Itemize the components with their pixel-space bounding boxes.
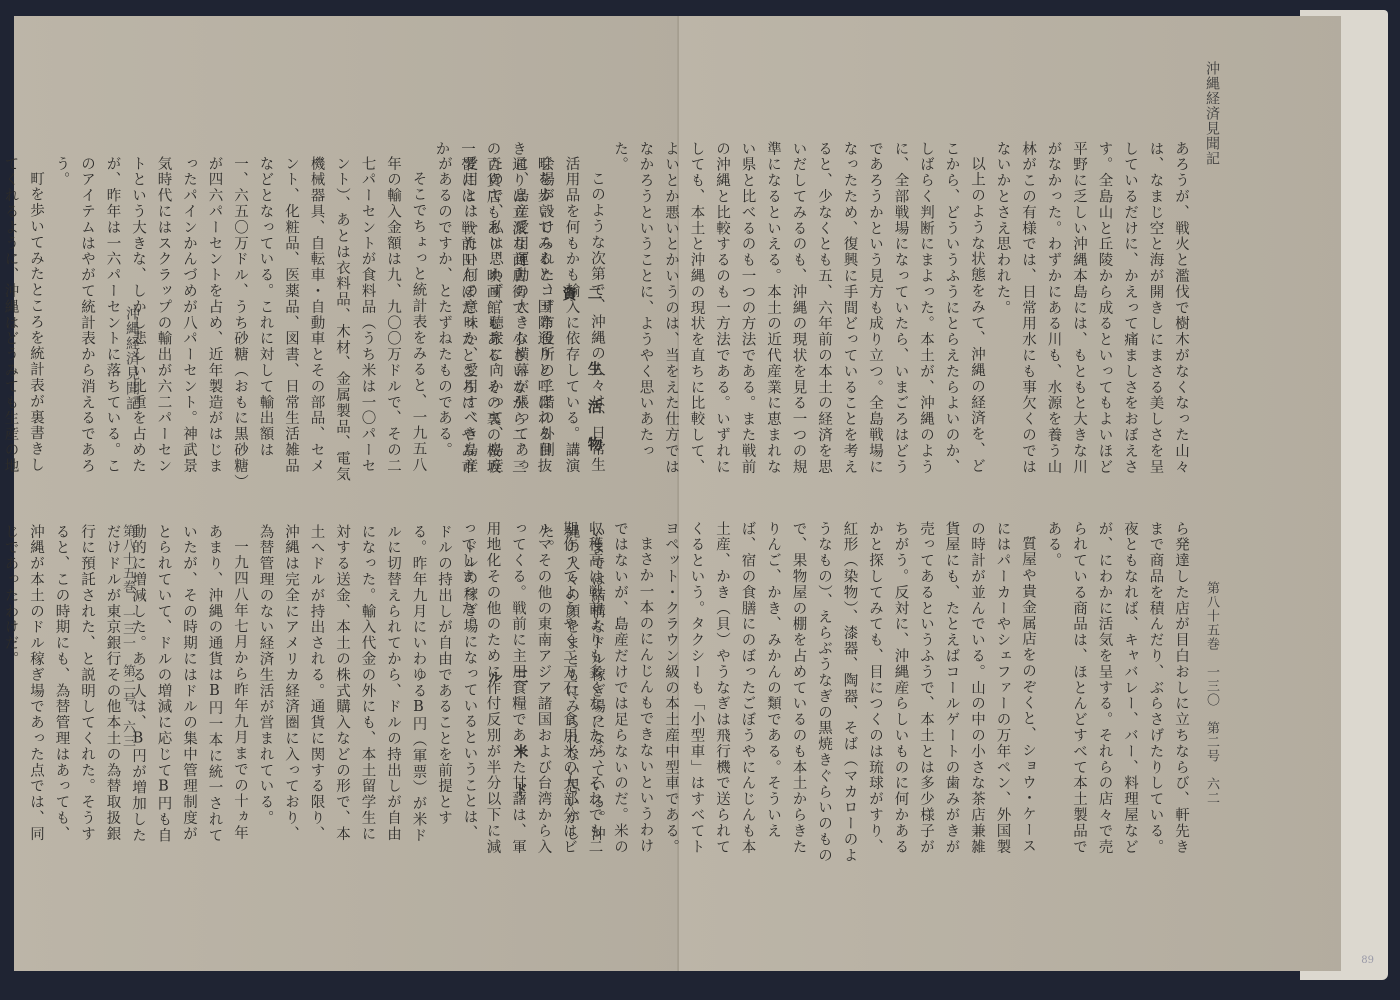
paragraph: そこでちょっと統計表をみると、一九五八年の輸入金額は九、九〇〇万ドルで、その二七…	[48, 156, 431, 484]
section-heading-2: 二 生活物資	[556, 141, 607, 486]
paragraph: まさか一本のにんじんもできないというわけではないが、島産だけでは足らないのだ。米…	[454, 521, 658, 866]
right-page: 沖縄経済見聞記 あろうが、戦火と濫伐で樹木がなくなった山々は、なまじ空と海が開き…	[678, 16, 1341, 971]
right-lower-text: ら発達した店が目白おしに立ちならび、軒先きまで商品を積んだり、ぶらさげたりしてい…	[731, 521, 1193, 866]
right-upper-text: あろうが、戦火と濫伐で樹木がなくなった山々は、なまじ空と海が開きしにまさる美しさ…	[731, 141, 1193, 486]
folio-left: 第八十五巻 一三一 第二号 六三	[118, 524, 137, 748]
paragraph: 町を歩いてみたところを統計表が裏書きしてくれるように、沖縄はどうみても生産の地で…	[0, 156, 48, 484]
paragraph: 以上のような状態をみて、沖縄の経済を、どこから、どういうふうにとらえたらよいのか…	[607, 141, 990, 486]
paragraph: 質屋や貴金属店をのぞくと、ショウ・ケースにはパーカーやシェファーの万年ペン、外国…	[658, 521, 1041, 866]
folio-right: 第八十五巻 一三〇 第二号 六二	[1202, 581, 1221, 805]
running-title-right: 沖縄経済見聞記	[1202, 61, 1222, 166]
paragraph: ら発達した店が目白おしに立ちならび、軒先きまで商品を積んだり、ぶらさげたりしてい…	[1040, 521, 1193, 866]
pencil-mark: 89	[1361, 955, 1374, 966]
paragraph: ドルの稼ぎ場になっているということは、ドルの持出しが自由であることを前提とする。…	[252, 524, 482, 854]
paragraph: 町を歩いてみると、国際通りと呼ばれる目抜き通りは立派な商店街で、小さいながら二、…	[428, 141, 556, 486]
paragraph: あろうが、戦火と濫伐で樹木がなくなった山々は、なまじ空と海が開きしにまさる美しさ…	[989, 141, 1193, 486]
